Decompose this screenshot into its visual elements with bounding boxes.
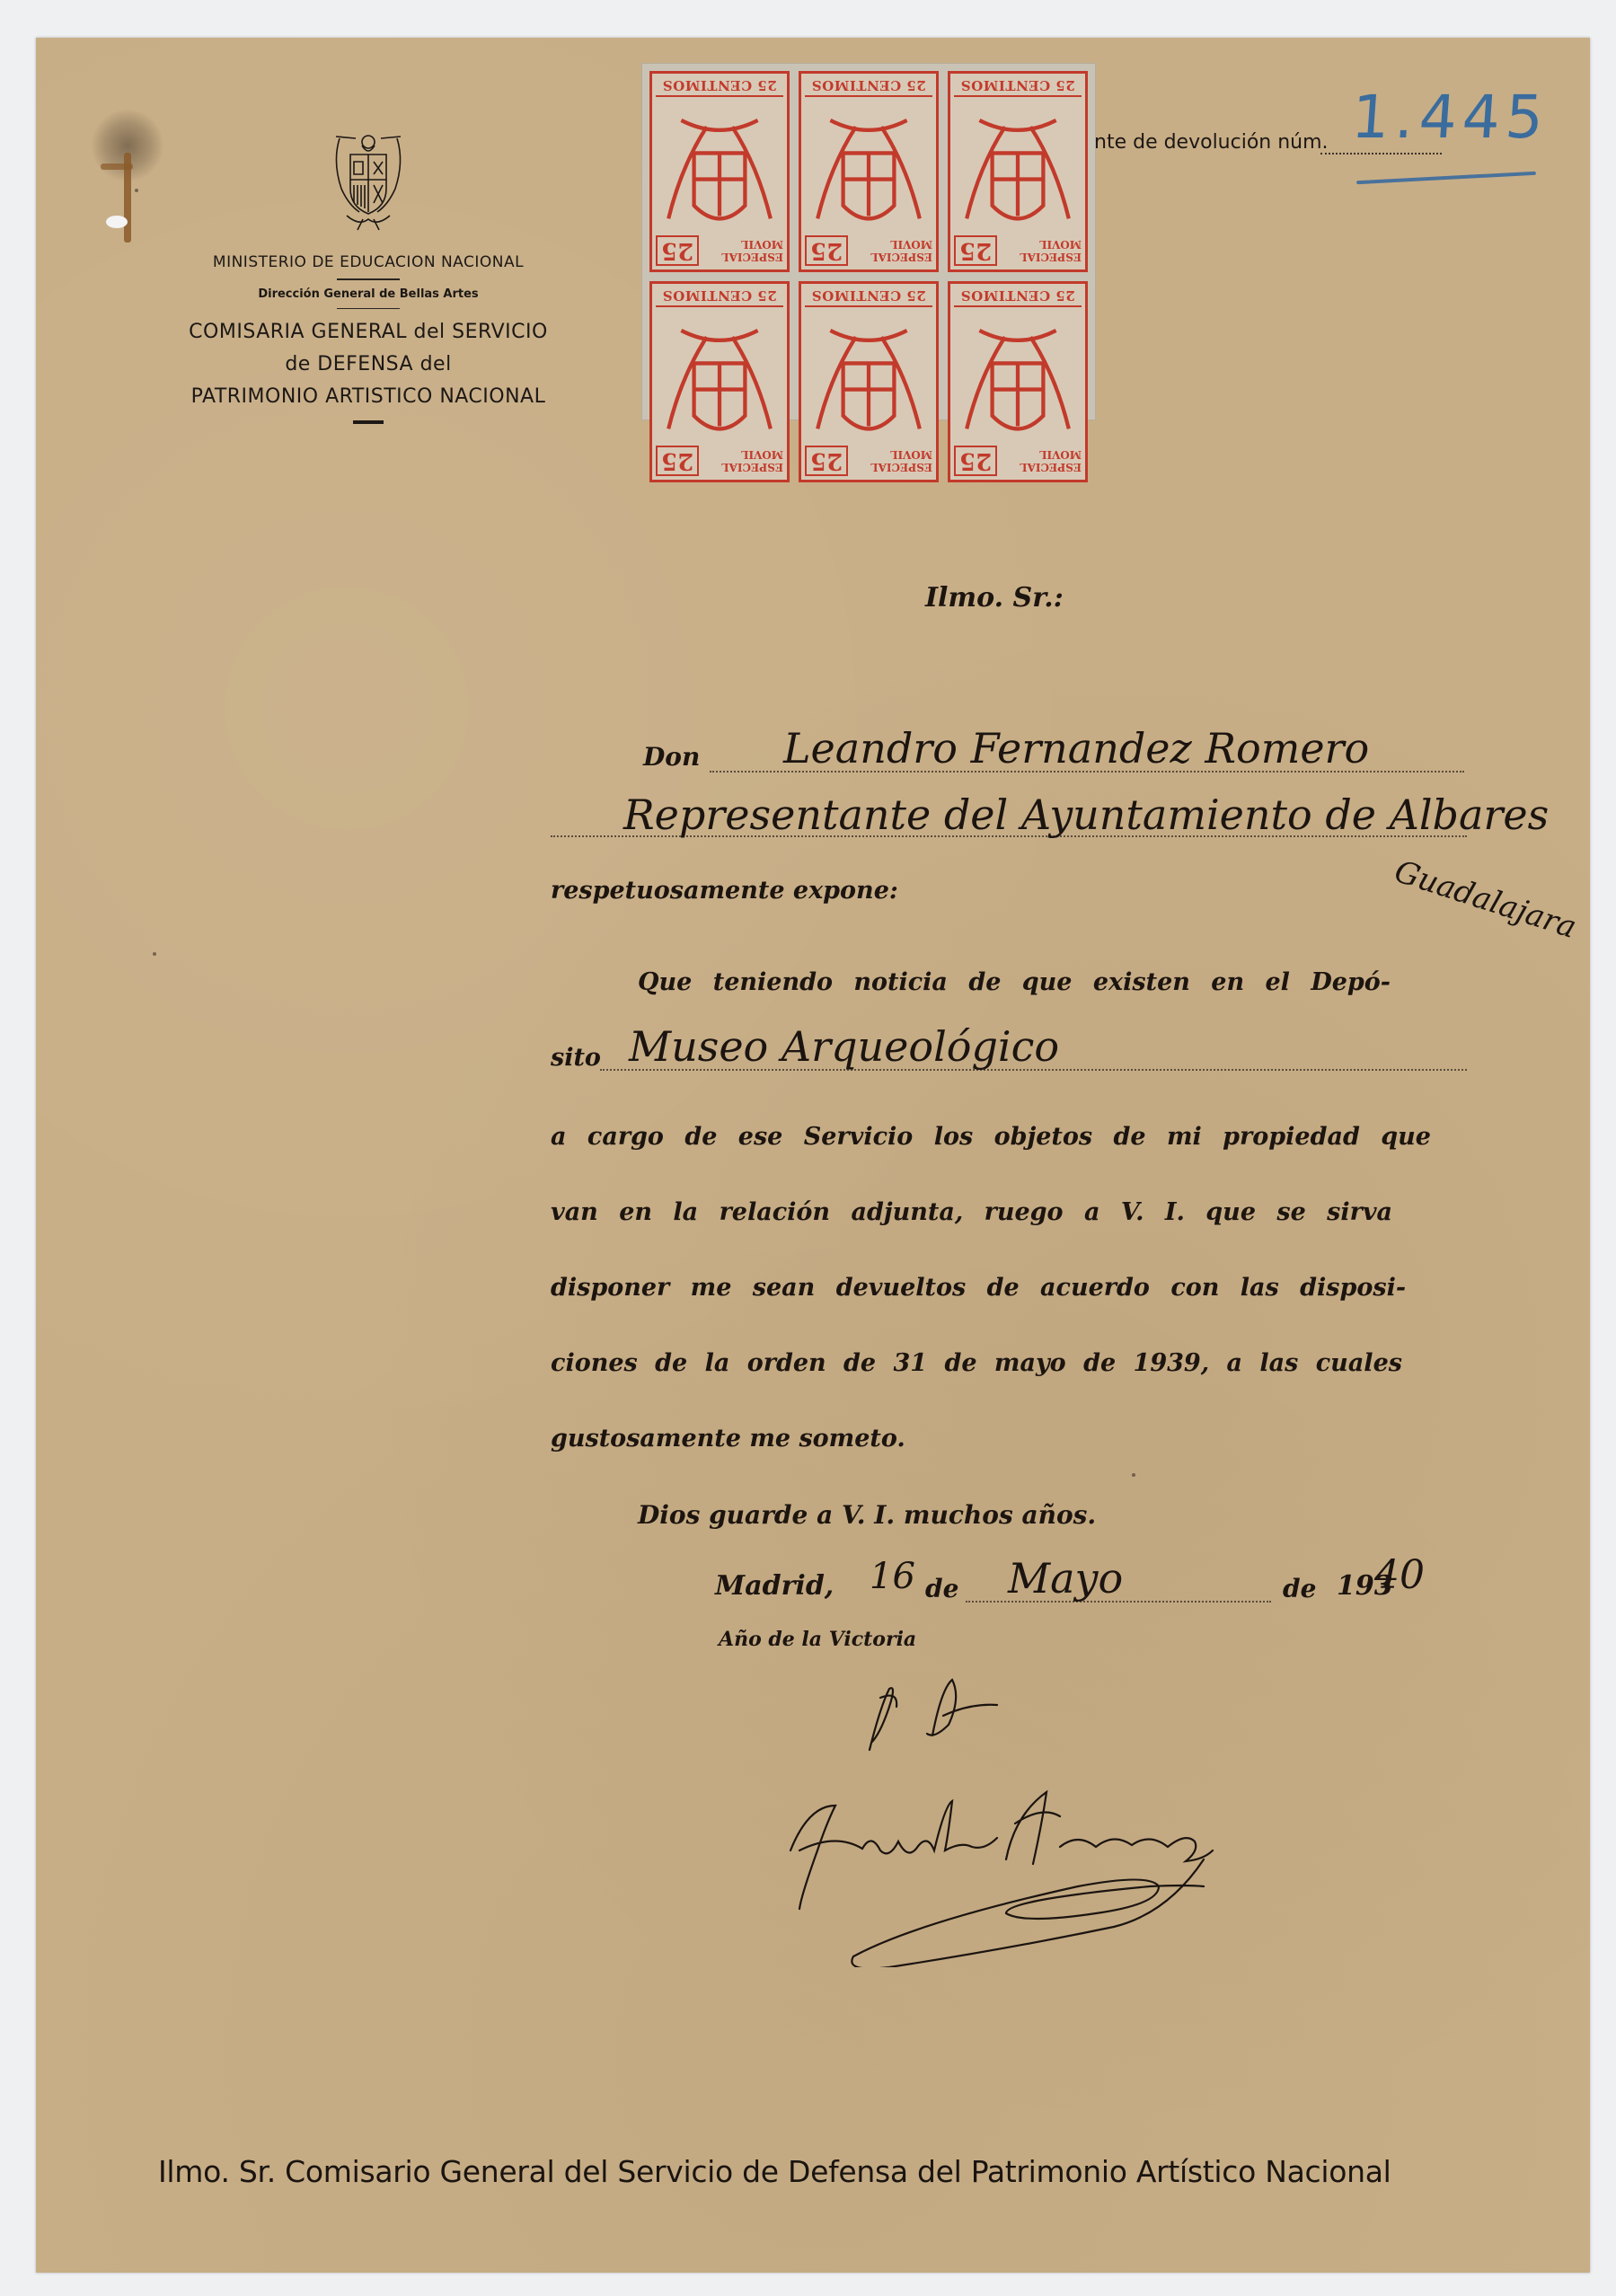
- comisaria-line: COMISARIA GENERAL del SERVICIO: [171, 316, 566, 349]
- revenue-stamp: ESPECIAL MOVIL25 25 CENTIMOS: [649, 281, 790, 482]
- paper-speck: [1132, 1473, 1135, 1477]
- ano-de-la-victoria: Año de la Victoria: [719, 1628, 916, 1651]
- comisaria-title: COMISARIA GENERAL del SERVICIO de DEFENS…: [171, 316, 566, 413]
- staple-mark: [101, 163, 133, 170]
- sito-label: sito: [551, 1044, 601, 1072]
- comisaria-line: PATRIMONIO ARTISTICO NACIONAL: [171, 381, 566, 413]
- stamp-header: ESPECIAL MOVIL: [699, 448, 783, 473]
- stamp-window-arms-icon: [805, 101, 932, 232]
- stamp-header: ESPECIAL MOVIL: [848, 448, 932, 473]
- comisaria-line: de DEFENSA del: [171, 349, 566, 381]
- closing-formula: Dios guarde a V. I. muchos años.: [638, 1500, 1096, 1530]
- stamp-footer: 25 CENTIMOS: [954, 77, 1082, 97]
- stamp-window-arms-icon: [656, 311, 783, 442]
- handwritten-month: Mayo: [1008, 1554, 1123, 1603]
- handwritten-year-correction: 40: [1374, 1552, 1425, 1598]
- paragraph-line: disponer me sean devueltos de acuerdo co…: [551, 1274, 1406, 1302]
- spanish-coat-of-arms-icon: [323, 126, 413, 234]
- divider: [337, 308, 400, 310]
- revenue-stamp: ESPECIAL MOVIL25 25 CENTIMOS: [799, 71, 939, 272]
- signature-icon: [737, 1671, 1240, 1967]
- handwritten-day: 16: [870, 1556, 915, 1597]
- addressee-footer: Ilmo. Sr. Comisario General del Servicio…: [158, 2154, 1391, 2189]
- stamp-footer: 25 CENTIMOS: [805, 287, 932, 307]
- dotted-fill-line: [1320, 153, 1442, 155]
- revenue-stamp: ESPECIAL MOVIL25 25 CENTIMOS: [799, 281, 939, 482]
- date-de: de: [1283, 1574, 1316, 1603]
- stamp-value: 25: [805, 235, 848, 266]
- direccion-general: Dirección General de Bellas Artes: [171, 287, 566, 301]
- revenue-stamps-block: ESPECIAL MOVIL25 25 CENTIMOS ESPECIAL MO…: [641, 63, 1096, 420]
- salutation: Ilmo. Sr.:: [925, 582, 1064, 614]
- staple-hole: [106, 216, 128, 228]
- revenue-stamp: ESPECIAL MOVIL25 25 CENTIMOS: [649, 71, 790, 272]
- paragraph-line: a cargo de ese Servicio los objetos de m…: [551, 1123, 1431, 1151]
- stamp-window-arms-icon: [954, 311, 1082, 442]
- stamp-window-arms-icon: [954, 101, 1082, 232]
- return-number-value: 1.445: [1349, 83, 1550, 152]
- stamp-footer: 25 CENTIMOS: [805, 77, 932, 97]
- divider: [353, 420, 384, 424]
- stamp-footer: 25 CENTIMOS: [656, 77, 783, 97]
- paragraph-line: Que teniendo noticia de que existen en e…: [638, 968, 1391, 996]
- date-de: de: [925, 1574, 958, 1603]
- stamp-window-arms-icon: [805, 311, 932, 442]
- stamp-value: 25: [954, 235, 997, 266]
- ministry-name: MINISTERIO DE EDUCACION NACIONAL: [171, 253, 566, 271]
- paper-speck: [153, 952, 156, 956]
- don-label: Don: [643, 742, 700, 772]
- paragraph-line: gustosamente me someto.: [551, 1425, 905, 1453]
- paper-speck: [135, 189, 138, 192]
- stamp-header: ESPECIAL MOVIL: [848, 238, 932, 263]
- stamp-header: ESPECIAL MOVIL: [997, 448, 1082, 473]
- stamp-window-arms-icon: [656, 101, 783, 232]
- stamp-value: 25: [656, 446, 699, 476]
- date-city: Madrid,: [715, 1570, 834, 1602]
- stamp-value: 25: [954, 446, 997, 476]
- revenue-stamp: ESPECIAL MOVIL25 25 CENTIMOS: [948, 281, 1088, 482]
- paragraph-line: van en la relación adjunta, ruego a V. I…: [551, 1198, 1392, 1226]
- stamp-value: 25: [805, 446, 848, 476]
- handwritten-deposito: Museo Arqueológico: [629, 1022, 1059, 1071]
- stamp-header: ESPECIAL MOVIL: [699, 238, 783, 263]
- stamp-value: 25: [656, 235, 699, 266]
- handwritten-representative: Representante del Ayuntamiento de Albare…: [623, 790, 1549, 839]
- stamp-header: ESPECIAL MOVIL: [997, 238, 1082, 263]
- handwritten-name: Leandro Fernandez Romero: [783, 724, 1369, 773]
- letterhead: MINISTERIO DE EDUCACION NACIONAL Direcci…: [171, 126, 566, 424]
- expone-label: respetuosamente expone:: [551, 877, 898, 905]
- stamp-footer: 25 CENTIMOS: [954, 287, 1082, 307]
- stamp-footer: 25 CENTIMOS: [656, 287, 783, 307]
- paragraph-line: ciones de la orden de 31 de mayo de 1939…: [551, 1349, 1402, 1377]
- divider: [337, 278, 400, 280]
- revenue-stamp: ESPECIAL MOVIL25 25 CENTIMOS: [948, 71, 1088, 272]
- return-number-label: nte de devolución núm.: [1094, 131, 1329, 154]
